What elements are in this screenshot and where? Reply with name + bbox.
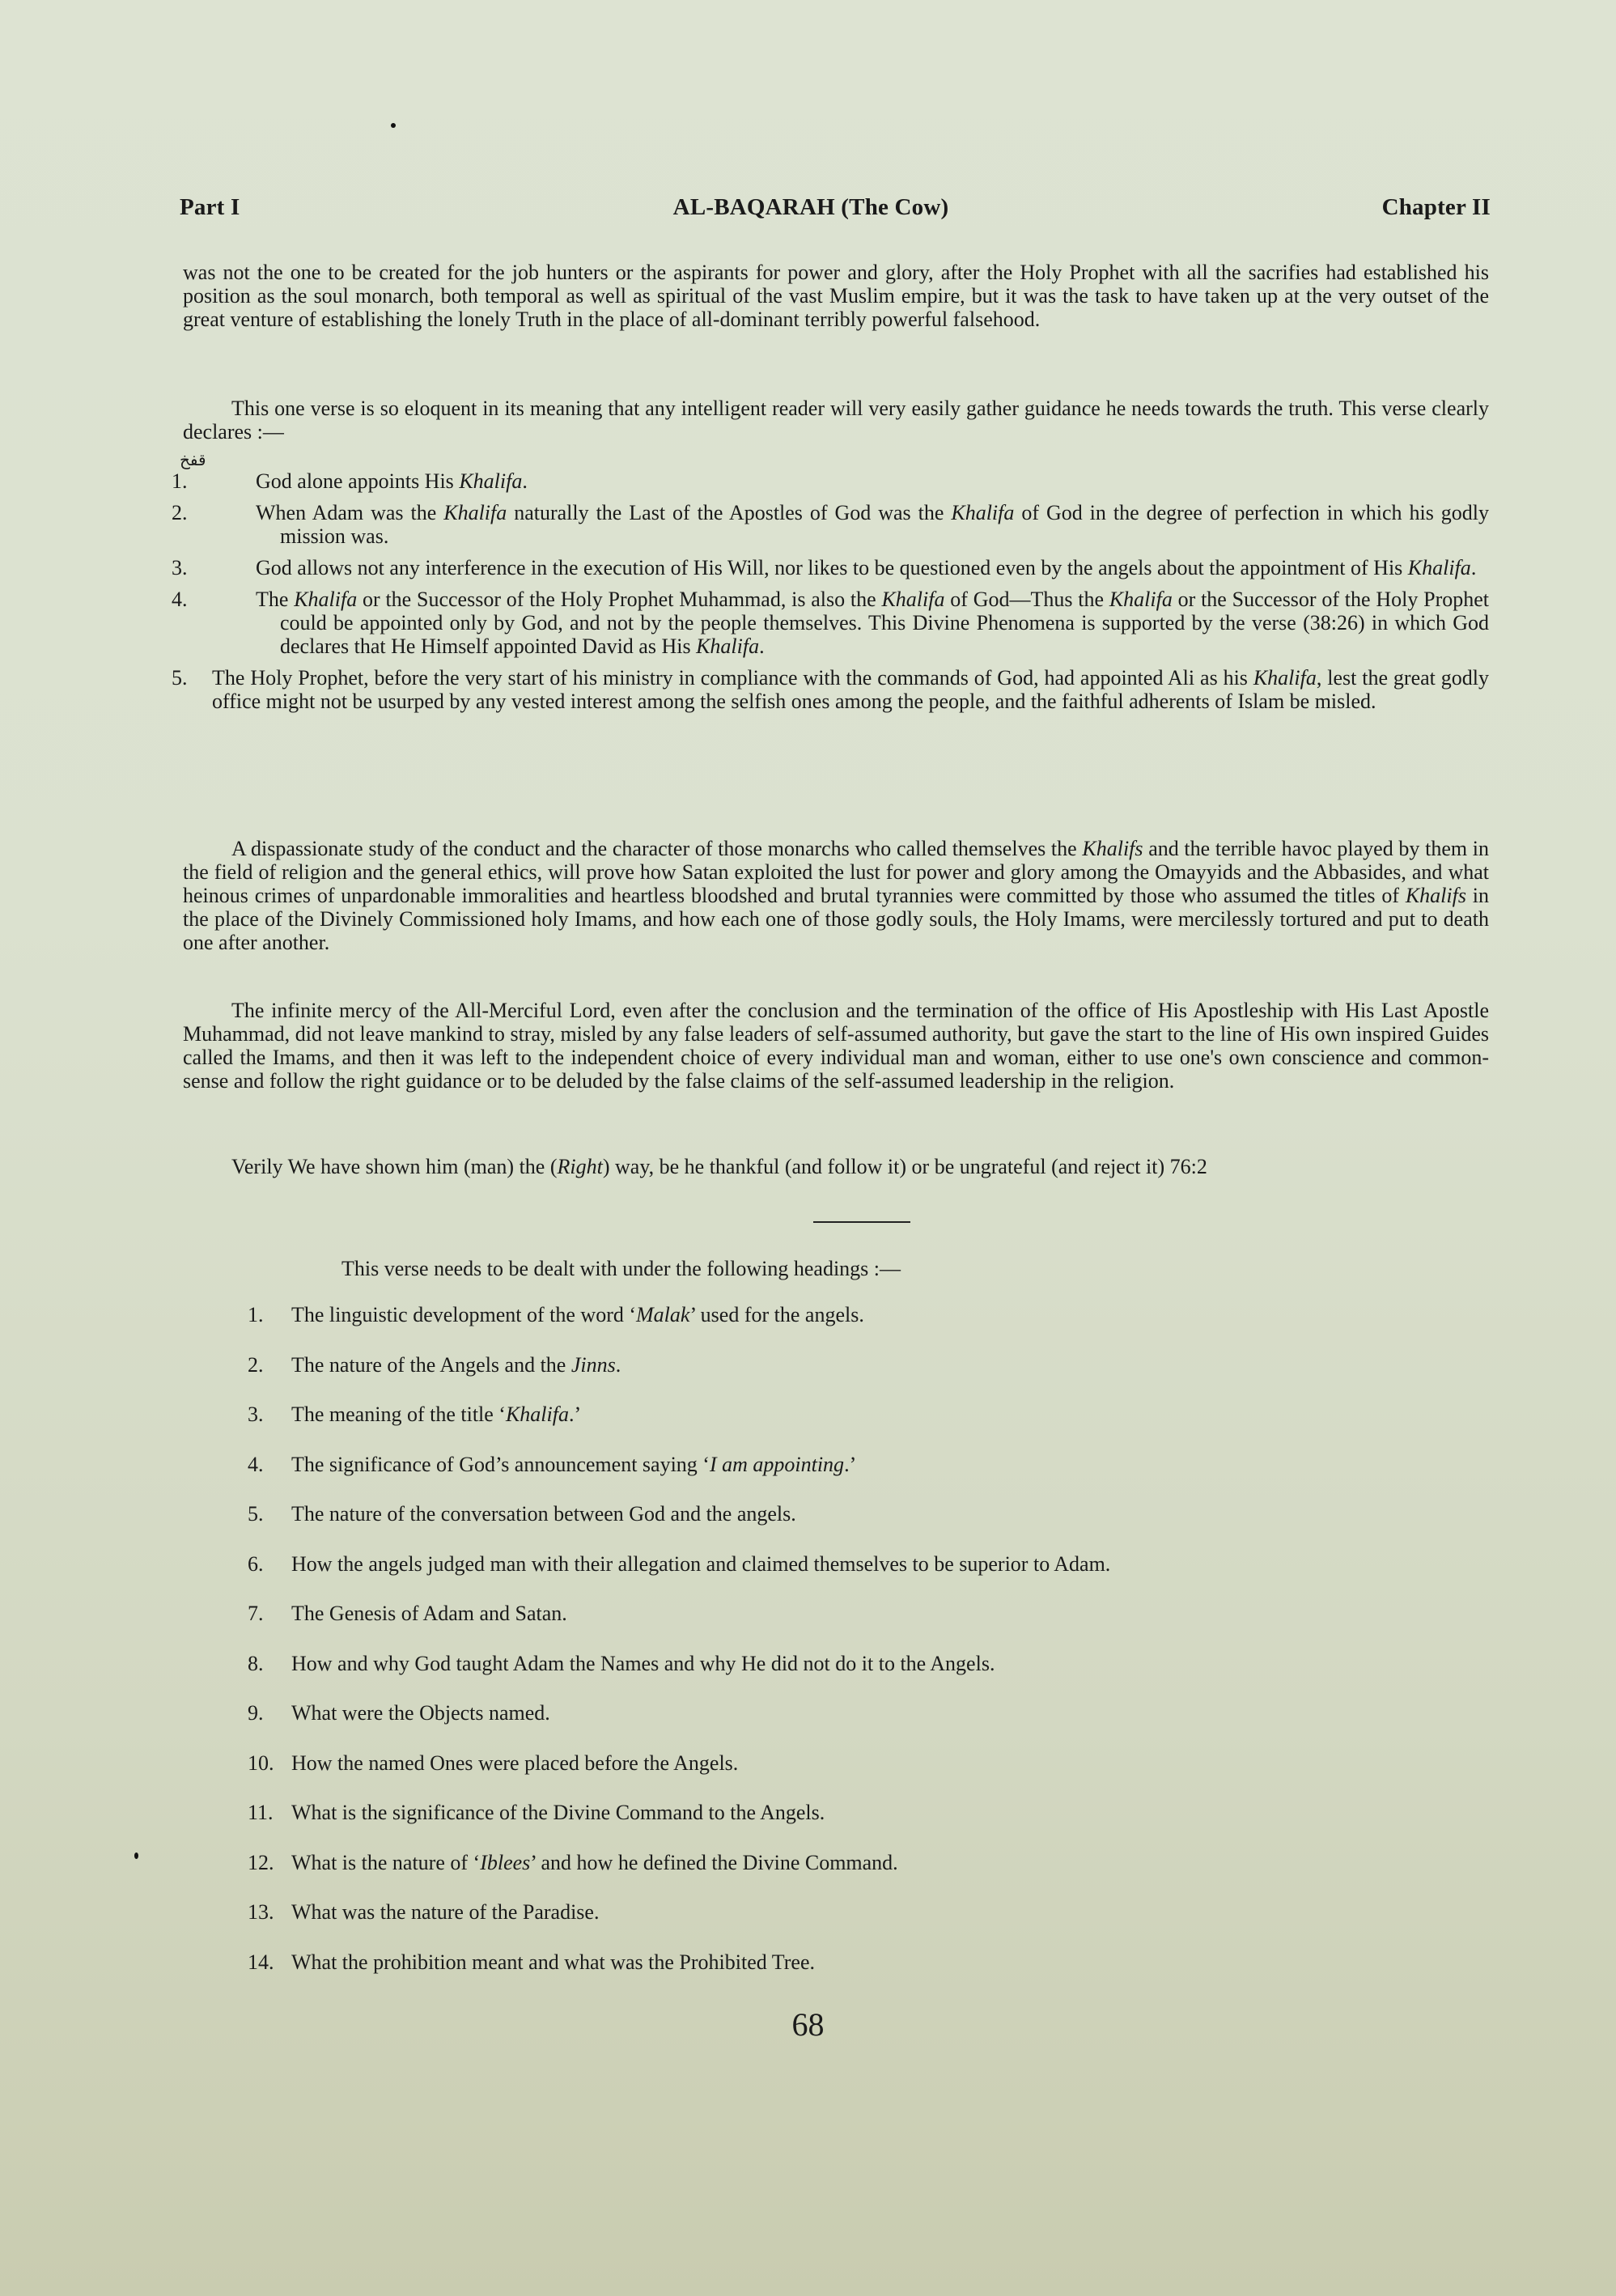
declaration-4: The Khalifa or the Successor of the Holy… — [256, 588, 1489, 658]
heading-11: What is the significance of the Divine C… — [291, 1801, 825, 1825]
list-item: 2. When Adam was the Khalifa naturally t… — [168, 501, 1489, 548]
list-item: 8.How and why God taught Adam the Names … — [248, 1652, 1461, 1702]
list-item: 3. God allows not any interference in th… — [168, 556, 1489, 579]
list-item: 2.The nature of the Angels and the Jinns… — [248, 1353, 1461, 1403]
declaration-2: When Adam was the Khalifa naturally the … — [256, 501, 1489, 548]
paragraph-infinite-mercy: The infinite mercy of the All-Merciful L… — [183, 999, 1489, 1093]
paragraph-continuation: was not the one to be created for the jo… — [183, 261, 1489, 331]
declaration-1: God alone appoints His Khalifa. — [256, 469, 1489, 493]
list-item: 1.The linguistic development of the word… — [248, 1303, 1461, 1353]
list-item: 6.How the angels judged man with their a… — [248, 1552, 1461, 1602]
list-item: 7.The Genesis of Adam and Satan. — [248, 1602, 1461, 1652]
declaration-3: God allows not any interference in the e… — [256, 556, 1489, 579]
running-header: Part I AL-BAQARAH (The Cow) Chapter II — [180, 194, 1491, 221]
ink-speck — [134, 1853, 138, 1859]
list-item: 13.What was the nature of the Paradise. — [248, 1900, 1461, 1950]
list-item: 11.What is the significance of the Divin… — [248, 1801, 1461, 1851]
declarations-list: 1. God alone appoints His Khalifa. 2. Wh… — [168, 469, 1489, 721]
list-item: 9.What were the Objects named. — [248, 1701, 1461, 1751]
page-number: 68 — [0, 2005, 1616, 2043]
headings-intro: This verse needs to be dealt with under … — [341, 1257, 901, 1281]
list-item: 4. The Khalifa or the Successor of the H… — [168, 588, 1489, 658]
header-part: Part I — [180, 194, 240, 221]
list-item: 5.The nature of the conversation between… — [248, 1502, 1461, 1552]
book-page: Part I AL-BAQARAH (The Cow) Chapter II w… — [0, 0, 1616, 2296]
heading-14: What the prohibition meant and what was … — [291, 1950, 815, 1975]
heading-5: The nature of the conversation between G… — [291, 1502, 796, 1526]
paragraph-verse-eloquence: This one verse is so eloquent in its mea… — [183, 397, 1489, 443]
heading-13: What was the nature of the Paradise. — [291, 1900, 599, 1925]
verse-quotation: Verily We have shown him (man) the (Righ… — [183, 1155, 1489, 1178]
heading-3: The meaning of the title ‘Khalifa.’ — [291, 1403, 581, 1427]
arabic-marginal-mark: قفخ — [180, 450, 206, 470]
heading-8: How and why God taught Adam the Names an… — [291, 1652, 995, 1676]
headings-list: 1.The linguistic development of the word… — [248, 1303, 1461, 2000]
list-item: 10.How the named Ones were placed before… — [248, 1751, 1461, 1802]
list-item: 4.The significance of God’s announcement… — [248, 1453, 1461, 1503]
header-title: AL-BAQARAH (The Cow) — [673, 194, 949, 221]
heading-6: How the angels judged man with their all… — [291, 1552, 1110, 1577]
heading-4: The significance of God’s announcement s… — [291, 1453, 856, 1477]
list-item: 5. The Holy Prophet, before the very sta… — [168, 666, 1489, 713]
heading-1: The linguistic development of the word ‘… — [291, 1303, 864, 1327]
list-item: 14.What the prohibition meant and what w… — [248, 1950, 1461, 2001]
list-item: 12.What is the nature of ‘Iblees’ and ho… — [248, 1851, 1461, 1901]
heading-12: What is the nature of ‘Iblees’ and how h… — [291, 1851, 898, 1875]
section-divider — [813, 1221, 910, 1223]
paragraph-khalifs-study: A dispassionate study of the conduct and… — [183, 837, 1489, 954]
heading-9: What were the Objects named. — [291, 1701, 550, 1725]
header-chapter: Chapter II — [1382, 194, 1491, 221]
declaration-5: The Holy Prophet, before the very start … — [212, 666, 1489, 713]
ink-speck — [391, 123, 396, 128]
heading-7: The Genesis of Adam and Satan. — [291, 1602, 567, 1626]
list-item: 1. God alone appoints His Khalifa. — [168, 469, 1489, 493]
list-item: 3.The meaning of the title ‘Khalifa.’ — [248, 1403, 1461, 1453]
heading-10: How the named Ones were placed before th… — [291, 1751, 738, 1776]
heading-2: The nature of the Angels and the Jinns. — [291, 1353, 621, 1377]
